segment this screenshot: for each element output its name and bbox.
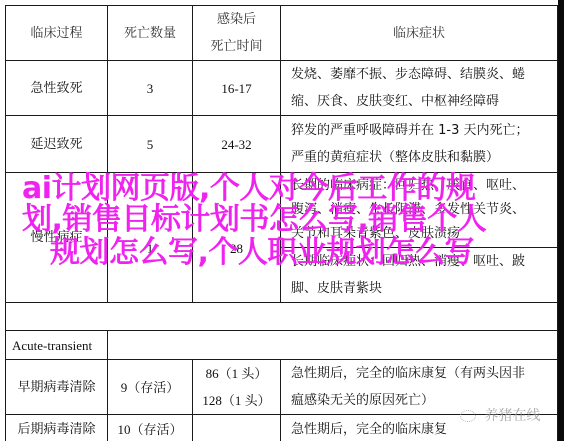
header-symptoms: 临床症状 — [281, 6, 558, 61]
clinical-course-table: 临床过程 死亡数量 感染后 死亡时间 临床症状 急性致死 3 16-17 发烧、… — [5, 5, 558, 441]
stage-cell: 后期病毒清除 — [6, 415, 108, 441]
death-count-cell: 9（存活） — [108, 360, 193, 415]
wechat-icon — [460, 410, 476, 422]
symptoms-cell: 长期临床症状：回归热、消瘦、呕吐、跛 脚、皮肤青紫块 — [281, 248, 558, 303]
table-row: 延迟致死 5 24-32 猝发的严重呼吸障碍并在 1-3 天内死亡； 严重的黄疸… — [6, 116, 558, 173]
stage-cell: 急性致死 — [6, 61, 108, 116]
time-cell: 86（1 头） 128（1 头） — [193, 360, 281, 415]
right-edge-bar — [558, 0, 564, 441]
table-row: 急性致死 3 16-17 发烧、萎靡不振、步态障碍、结膜炎、蜷 缩、厌食、皮肤变… — [6, 61, 558, 116]
symptoms-cell: 发烧、萎靡不振、步态障碍、结膜炎、蜷 缩、厌食、皮肤变红、中枢神经障碍 — [281, 61, 558, 116]
death-count-cell: 1 — [108, 173, 193, 303]
stage-cell: 慢性病症 — [6, 173, 108, 303]
stage-cell: 早期病毒清除 — [6, 360, 108, 415]
death-count-cell: 10（存活） — [108, 415, 193, 441]
header-time-after-infection: 感染后 死亡时间 — [193, 6, 281, 61]
symptoms-cell: 长期的临床病症：回归热、厌食、呕吐、 腹泻、消瘦、生长阻滞、多发性关节炎、 关节… — [281, 173, 558, 248]
stage-cell: 延迟致死 — [6, 116, 108, 173]
death-count-cell: 3 — [108, 61, 193, 116]
section-label: Acute-transient — [6, 331, 108, 360]
symptoms-cell: 猝发的严重呼吸障碍并在 1-3 天内死亡； 严重的黄疸症状（整体皮肤和黏膜） — [281, 116, 558, 173]
death-count-cell: 5 — [108, 116, 193, 173]
section-row: Acute-transient — [6, 331, 558, 360]
watermark-text: 养猪在线 — [484, 408, 540, 424]
header-stage: 临床过程 — [6, 6, 108, 61]
time-cell: 24-32 — [193, 116, 281, 173]
time-cell — [193, 415, 281, 441]
spacer-row — [6, 303, 558, 331]
header-death-count: 死亡数量 — [108, 6, 193, 61]
empty-cell — [6, 303, 558, 331]
table-row: 慢性病症 1 28 长期的临床病症：回归热、厌食、呕吐、 腹泻、消瘦、生长阻滞、… — [6, 173, 558, 248]
header-row: 临床过程 死亡数量 感染后 死亡时间 临床症状 — [6, 6, 558, 61]
watermark: 养猪在线 — [460, 405, 540, 425]
time-cell: 28 — [193, 173, 281, 303]
time-cell: 16-17 — [193, 61, 281, 116]
empty-cell — [108, 331, 558, 360]
